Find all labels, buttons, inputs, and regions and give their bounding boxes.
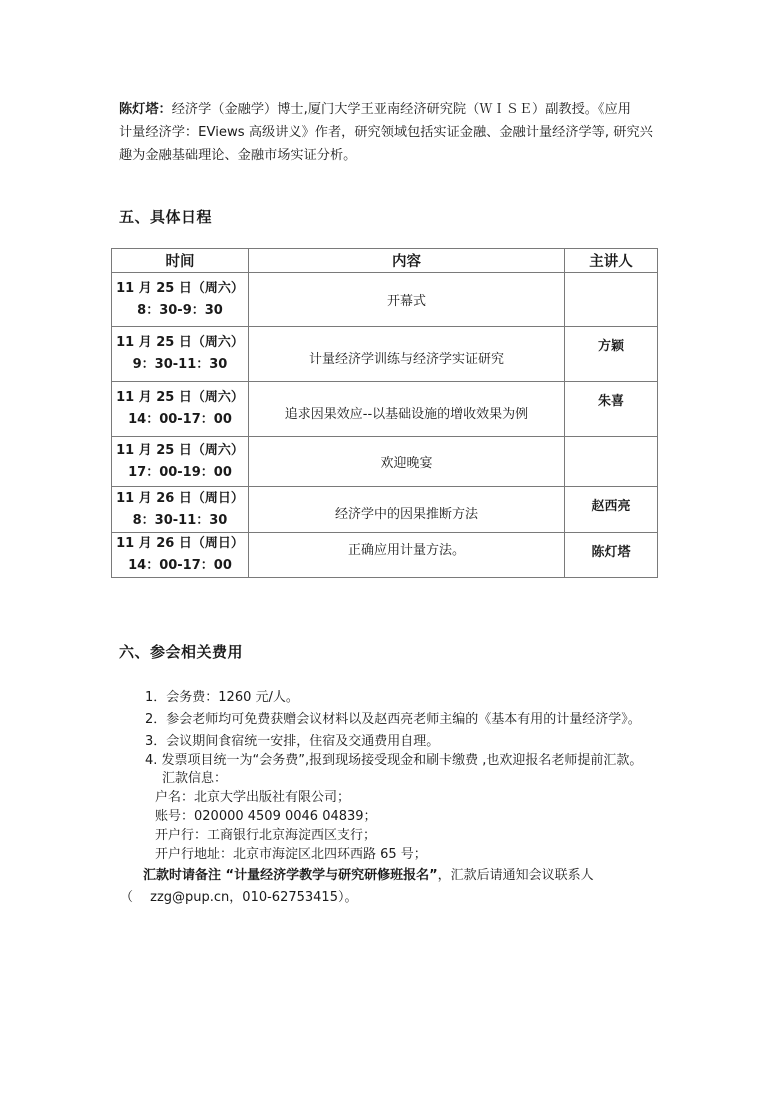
contact-info: （ zzg@pup.cn，010-62753415）。 xyxy=(120,888,357,907)
table-row: 11 月 25 日（周六）8：30-9：30 开幕式 xyxy=(112,273,658,327)
fee-item-3: 3．会议期间食宿统一安排，住宿及交通费用自理。 xyxy=(145,732,439,751)
speaker-cell: 陈灯塔 xyxy=(565,533,658,578)
time-cell: 11 月 26 日（周日）14：00-17：00 xyxy=(112,533,249,578)
bio-name: 陈灯塔： xyxy=(119,102,172,117)
speaker-cell: 赵西亮 xyxy=(565,487,658,533)
table-row: 11 月 25 日（周六）14：00-17：00 追求因果效应--以基础设施的增… xyxy=(112,382,658,437)
speaker-cell: 朱喜 xyxy=(565,382,658,437)
table-row: 11 月 25 日（周六）17：00-19：00 欢迎晚宴 xyxy=(112,437,658,487)
topic-cell: 开幕式 xyxy=(249,273,565,327)
bank-name: 开户行：工商银行北京海淀西区支行； xyxy=(155,826,376,845)
table-header-row: 时间 内容 主讲人 xyxy=(112,249,658,273)
topic-cell: 计量经济学训练与经济学实证研究 xyxy=(249,327,565,382)
topic-cell: 欢迎晚宴 xyxy=(249,437,565,487)
speaker-cell xyxy=(565,437,658,487)
time-cell: 11 月 25 日（周六）14：00-17：00 xyxy=(112,382,249,437)
fee-item-1: 1．会务费：1260 元/人。 xyxy=(145,688,299,707)
schedule-heading: 五、具体日程 xyxy=(119,206,212,227)
account-name: 户名：北京大学出版社有限公司； xyxy=(155,788,350,807)
topic-cell: 追求因果效应--以基础设施的增收效果为例 xyxy=(249,382,565,437)
table-row: 11 月 26 日（周日）8：30-11：30 经济学中的因果推断方法 赵西亮 xyxy=(112,487,658,533)
bio-line3: 趣为金融基础理论、金融市场实证分析。 xyxy=(119,144,667,167)
time-cell: 11 月 25 日（周六）17：00-19：00 xyxy=(112,437,249,487)
account-number: 账号：020000 4509 0046 04839； xyxy=(155,807,377,826)
remit-title: 汇款信息： xyxy=(162,769,227,788)
bio-paragraph: 陈灯塔：经济学（金融学）博士,厦门大学王亚南经济研究院（ＷＩＳＥ）副教授。《应用… xyxy=(119,98,667,167)
fee-item-2: 2．参会老师均可免费获赠会议材料以及赵西亮老师主编的《基本有用的计量经济学》。 xyxy=(145,710,641,729)
remit-note: 汇款时请备注 “计量经济学教学与研究研修班报名”，汇款后请通知会议联系人 xyxy=(143,866,594,885)
header-speaker: 主讲人 xyxy=(565,249,658,273)
fee-item-4: 4. 发票项目统一为“会务费”,报到现场接受现金和刷卡缴费 ,也欢迎报名老师提前… xyxy=(145,751,642,770)
time-cell: 11 月 25 日（周六）9：30-11：30 xyxy=(112,327,249,382)
fees-heading: 六、参会相关费用 xyxy=(119,641,243,662)
speaker-cell: 方颖 xyxy=(565,327,658,382)
time-cell: 11 月 26 日（周日）8：30-11：30 xyxy=(112,487,249,533)
table-row: 11 月 25 日（周六）9：30-11：30 计量经济学训练与经济学实证研究 … xyxy=(112,327,658,382)
table-row: 11 月 26 日（周日）14：00-17：00 正确应用计量方法。 陈灯塔 xyxy=(112,533,658,578)
schedule-table: 时间 内容 主讲人 11 月 25 日（周六）8：30-9：30 开幕式 11 … xyxy=(111,248,658,578)
bio-line1: 经济学（金融学）博士,厦门大学王亚南经济研究院（ＷＩＳＥ）副教授。《应用 xyxy=(172,102,631,117)
header-content: 内容 xyxy=(249,249,565,273)
speaker-cell xyxy=(565,273,658,327)
header-time: 时间 xyxy=(112,249,249,273)
bank-address: 开户行地址：北京市海淀区北四环西路 65 号； xyxy=(155,845,427,864)
topic-cell: 经济学中的因果推断方法 xyxy=(249,487,565,533)
bio-line2: 计量经济学：EViews 高级讲义》作者，研究领域包括实证金融、金融计量经济学等… xyxy=(119,121,667,144)
remit-note-rest: ，汇款后请通知会议联系人 xyxy=(438,868,594,883)
remit-note-bold: 汇款时请备注 “计量经济学教学与研究研修班报名” xyxy=(143,868,438,883)
topic-cell: 正确应用计量方法。 xyxy=(249,533,565,578)
time-cell: 11 月 25 日（周六）8：30-9：30 xyxy=(112,273,249,327)
